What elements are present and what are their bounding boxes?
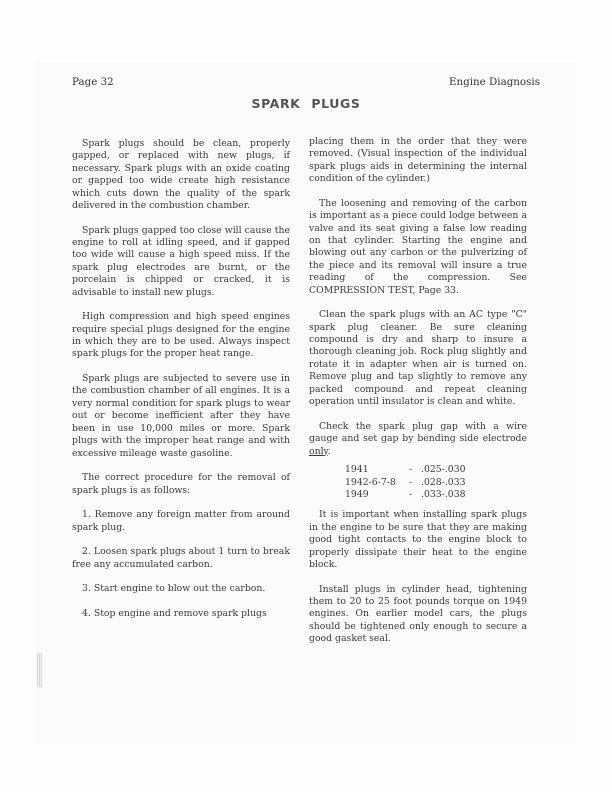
- paragraph: Clean the spark plugs with an AC type "C…: [309, 309, 527, 408]
- table-row: 1949 - .033-.038: [345, 489, 466, 501]
- scan-artifact: [37, 653, 42, 687]
- paragraph: The correct procedure for the removal of…: [72, 472, 290, 497]
- paragraph: The loosening and removing of the carbon…: [309, 198, 527, 297]
- paragraph: High compression and high speed engines …: [72, 311, 290, 361]
- year-cell: 1942-6-7-8: [345, 477, 409, 489]
- underlined-word: only: [309, 446, 328, 457]
- page-title: SPARK PLUGS: [0, 96, 612, 111]
- table-row: 1942-6-7-8 - .028-.033: [345, 477, 466, 489]
- procedure-step: 4. Stop engine and remove spark plugs: [72, 608, 290, 620]
- separator-cell: -: [409, 464, 421, 476]
- procedure-step: 1. Remove any foreign matter from around…: [72, 509, 290, 534]
- year-cell: 1949: [345, 489, 409, 501]
- right-column: placing them in the order that they were…: [309, 136, 527, 658]
- paragraph: Spark plugs should be clean, properly ga…: [72, 138, 290, 212]
- paragraph: Spark plugs gapped too close will cause …: [72, 225, 290, 299]
- table-row: 1941 - .025-.030: [345, 464, 466, 476]
- year-cell: 1941: [345, 464, 409, 476]
- running-section-title: Engine Diagnosis: [449, 76, 540, 88]
- gap-cell: .033-.038: [421, 489, 466, 501]
- paragraph: Install plugs in cylinder head, tighteni…: [309, 584, 527, 646]
- gap-cell: .025-.030: [421, 464, 466, 476]
- text-run: .: [328, 446, 331, 457]
- page-number: Page 32: [72, 76, 114, 88]
- procedure-step: 2. Loosen spark plugs about 1 turn to br…: [72, 546, 290, 571]
- paragraph: It is important when installing spark pl…: [309, 509, 527, 571]
- left-column: Spark plugs should be clean, properly ga…: [72, 138, 290, 632]
- procedure-step: 3. Start engine to blow out the carbon.: [72, 583, 290, 595]
- separator-cell: -: [409, 489, 421, 501]
- paragraph: Check the spark plug gap with a wire gau…: [309, 421, 527, 458]
- spark-gap-table: 1941 - .025-.030 1942-6-7-8 - .028-.033 …: [345, 464, 466, 501]
- separator-cell: -: [409, 477, 421, 489]
- paragraph: Spark plugs are subjected to severe use …: [72, 373, 290, 460]
- gap-cell: .028-.033: [421, 477, 466, 489]
- paragraph-continued: placing them in the order that they were…: [309, 136, 527, 186]
- text-run: Check the spark plug gap with a wire gau…: [309, 421, 527, 444]
